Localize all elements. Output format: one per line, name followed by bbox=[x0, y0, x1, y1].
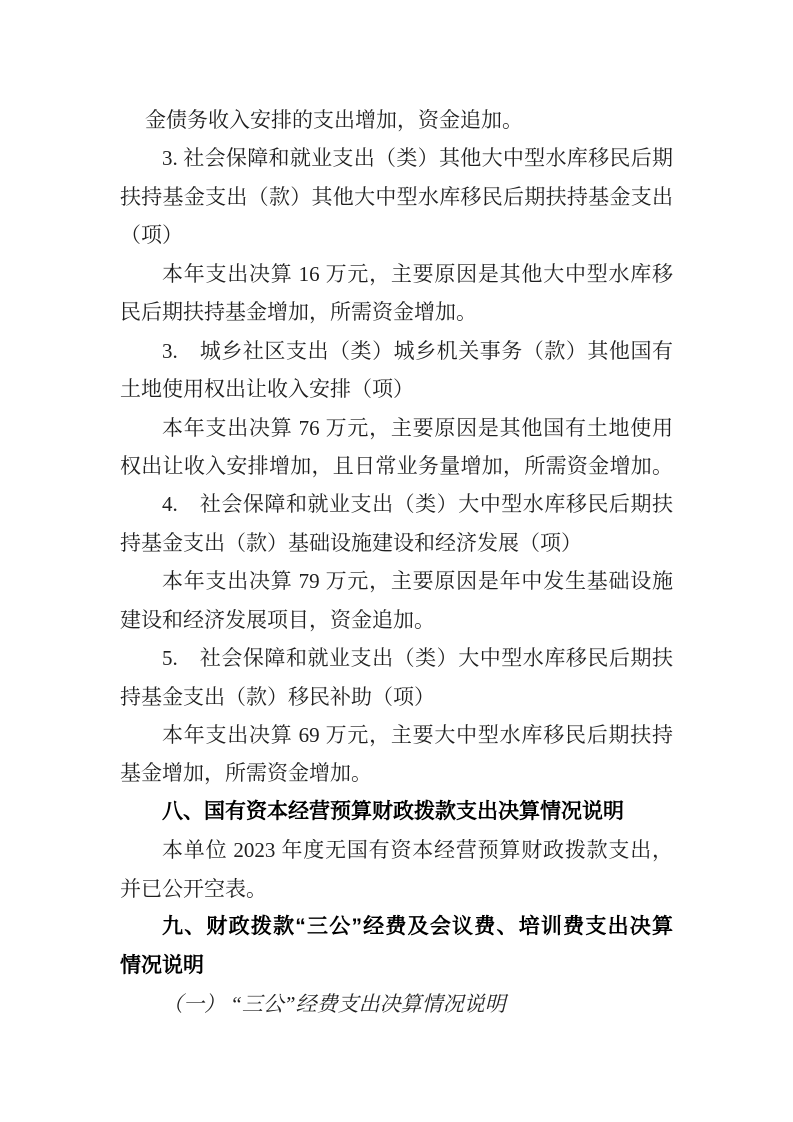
paragraph-line: 基金增加，所需资金增加。 bbox=[120, 754, 673, 792]
list-item-5-line2: 持基金支出（款）移民补助（项） bbox=[120, 678, 673, 716]
list-item-5-line1: 5. 社会保障和就业支出（类）大中型水库移民后期扶 bbox=[120, 639, 673, 677]
document-page: 金债务收入安排的支出增加，资金追加。 3. 社会保障和就业支出（类）其他大中型水… bbox=[0, 0, 793, 1122]
section-9-heading-line1: 九、财政拨款“三公”经费及会议费、培训费支出决算 bbox=[120, 908, 673, 946]
paragraph-line: 金债务收入安排的支出增加，资金追加。 bbox=[120, 101, 673, 139]
list-item-4-line2: 持基金支出（款）基础设施建设和经济发展（项） bbox=[120, 524, 673, 562]
list-item-3a-line1: 3. 社会保障和就业支出（类）其他大中型水库移民后期 bbox=[120, 139, 673, 177]
paragraph-line: 本年支出决算 16 万元，主要原因是其他大中型水库移 bbox=[120, 255, 673, 293]
paragraph-line: 本年支出决算 69 万元，主要大中型水库移民后期扶持 bbox=[120, 716, 673, 754]
section-8-heading: 八、国有资本经营预算财政拨款支出决算情况说明 bbox=[120, 793, 673, 831]
paragraph-line: 民后期扶持基金增加，所需资金增加。 bbox=[120, 293, 673, 331]
list-item-3b-line2: 土地使用权出让收入安排（项） bbox=[120, 370, 673, 408]
section-9-heading-line2: 情况说明 bbox=[120, 947, 673, 985]
list-item-3a-line2: 扶持基金支出（款）其他大中型水库移民后期扶持基金支出 bbox=[120, 178, 673, 216]
list-item-3a-line3: （项） bbox=[120, 216, 673, 254]
paragraph-line: 本单位 2023 年度无国有资本经营预算财政拨款支出， bbox=[120, 831, 673, 869]
paragraph-line: 本年支出决算 79 万元，主要原因是年中发生基础设施 bbox=[120, 562, 673, 600]
paragraph-line: 并已公开空表。 bbox=[120, 870, 673, 908]
paragraph-line: 权出让收入安排增加，且日常业务量增加，所需资金增加。 bbox=[120, 447, 673, 485]
list-item-4-line1: 4. 社会保障和就业支出（类）大中型水库移民后期扶 bbox=[120, 485, 673, 523]
paragraph-line: 建设和经济发展项目，资金追加。 bbox=[120, 601, 673, 639]
list-item-3b-line1: 3. 城乡社区支出（类）城乡机关事务（款）其他国有 bbox=[120, 332, 673, 370]
document-body: 金债务收入安排的支出增加，资金追加。 3. 社会保障和就业支出（类）其他大中型水… bbox=[120, 101, 673, 1024]
subsection-1-heading: （一） “三公”经费支出决算情况说明 bbox=[120, 985, 673, 1023]
paragraph-line: 本年支出决算 76 万元，主要原因是其他国有土地使用 bbox=[120, 409, 673, 447]
